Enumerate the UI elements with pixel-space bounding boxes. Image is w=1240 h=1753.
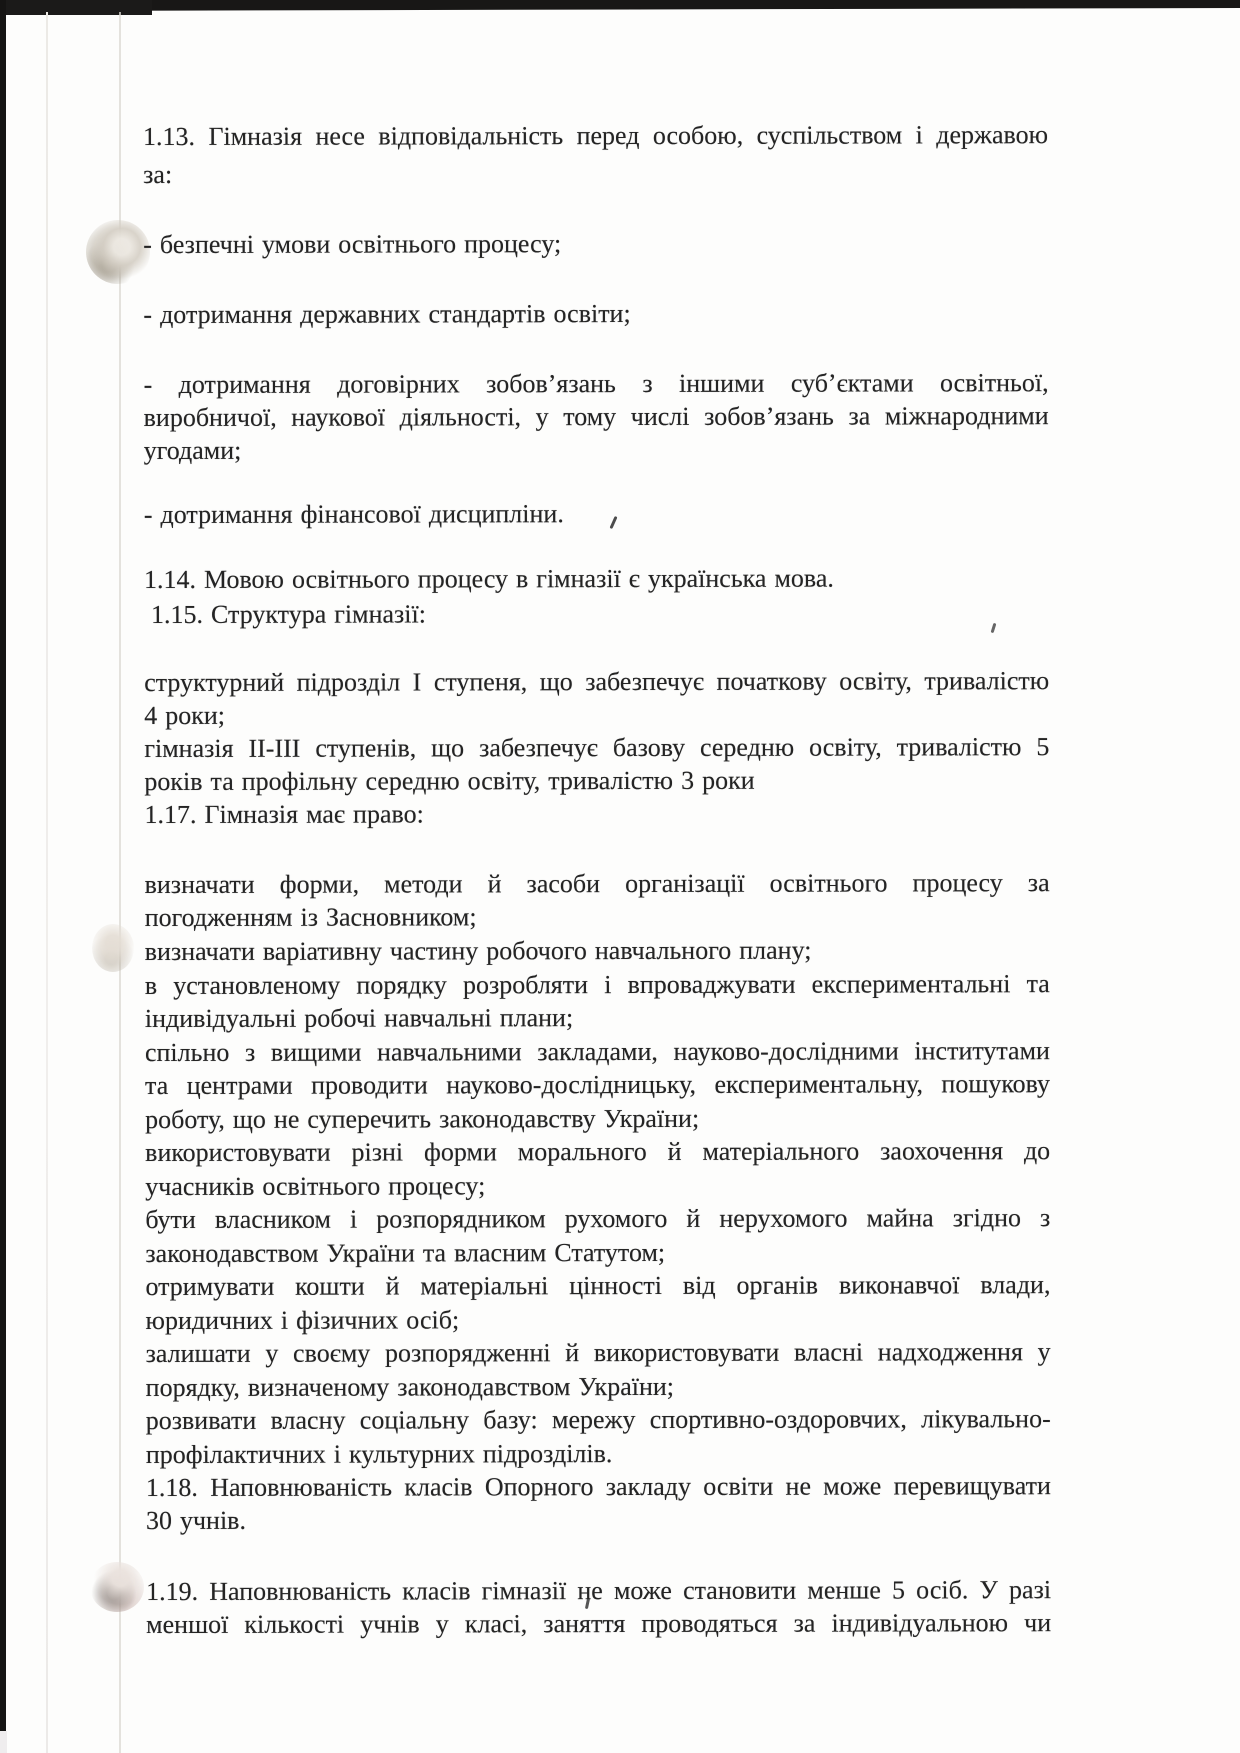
text-line: 30 учнів. [146, 1502, 1051, 1538]
text-line: порядку, визначеному законодавством Укра… [146, 1369, 1051, 1405]
text-line: залишати у своєму розпорядженні й викори… [146, 1335, 1051, 1371]
text-line: використовувати різні форми морального й… [145, 1134, 1050, 1170]
text-line: розвивати власну соціальну базу: мережу … [146, 1402, 1051, 1438]
text-line: - дотримання договірних зобов’язань з ін… [144, 366, 1049, 402]
text-line: отримувати кошти й матеріальні цінності … [145, 1268, 1050, 1304]
text-line: індивідуальні робочі навчальні плани; [145, 1000, 1050, 1036]
text-line: погодженням із Засновником; [145, 899, 1050, 935]
text-line: роботу, що не суперечить законодавству У… [145, 1101, 1050, 1137]
text-line: структурний підрозділ I ступеня, що забе… [144, 664, 1049, 700]
text-line: визначати форми, методи й засоби організ… [145, 866, 1050, 902]
text-line: угодами; [144, 432, 1049, 468]
text-line: юридичних і фізичних осіб; [145, 1302, 1050, 1338]
text-line: учасників освітнього процесу; [145, 1168, 1050, 1204]
text-line: профілактичних і культурних підрозділів. [146, 1436, 1051, 1472]
text-line: спільно з вищими навчальними закладами, … [145, 1034, 1050, 1070]
text-line: 1.17. Гімназія має право: [144, 796, 1049, 832]
text-line: 1.15. Структура гімназії: [151, 596, 1056, 632]
scanned-page: 1.13. Гімназія несе відповідальність пер… [0, 0, 1240, 1753]
text-line: 1.19. Наповнюваність класів гімназії не … [146, 1573, 1051, 1609]
text-line: 1.13. Гімназія несе відповідальність пер… [143, 118, 1048, 154]
text-line: 1.18. Наповнюваність класів Опорного зак… [146, 1469, 1051, 1505]
text-line: виробничої, наукової діяльності, у тому … [144, 399, 1049, 435]
text-line: років та профільну середню освіту, трива… [144, 763, 1049, 799]
text-line: визначати варіативну частину робочого на… [145, 933, 1050, 969]
text-line: та центрами проводити науково-дослідниць… [145, 1067, 1050, 1103]
text-line: в установленому порядку розробляти і впр… [145, 967, 1050, 1003]
text-line: 4 роки; [144, 697, 1049, 733]
text-line: - безпечні умови освітнього процесу; [143, 226, 1048, 262]
text-line: гімназія II-III ступенів, що забезпечує … [144, 730, 1049, 766]
text-line: законодавством України та власним Статут… [145, 1235, 1050, 1271]
text-line: бути власником і розпорядником рухомого … [145, 1201, 1050, 1237]
text-line: за: [143, 156, 1048, 192]
text-line: - дотримання фінансової дисципліни. [144, 496, 1049, 532]
text-line: - дотримання державних стандартів освіти… [143, 296, 1048, 332]
text-line: меншої кількості учнів у класі, заняття … [146, 1606, 1051, 1642]
document-text: 1.13. Гімназія несе відповідальність пер… [0, 0, 1240, 1753]
text-line: 1.14. Мовою освітнього процесу в гімназі… [144, 561, 1049, 597]
